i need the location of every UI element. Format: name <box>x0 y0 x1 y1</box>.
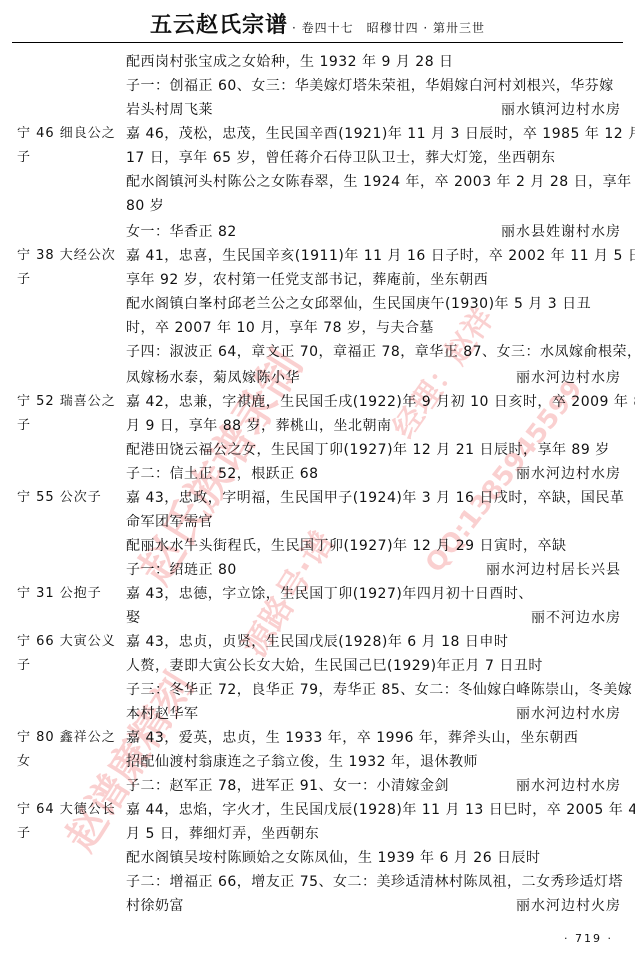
genealogy-line: 时，卒 2007 年 10 月，享年 78 岁，与夫合墓 <box>0 316 635 340</box>
genealogy-line: 岩头村周飞莱 丽水镇河边村水房 <box>0 98 635 122</box>
genealogy-line: 村徐奶富 丽水河边村火房 <box>0 894 635 918</box>
entry-text: 嘉 43，忠德，字立馀，生民国丁卯(1927)年四月初十日酉时、 <box>126 582 533 606</box>
genealogy-line: 子 月 9 日，享年 88 岁，葬桃山，坐北朝南 <box>0 414 635 438</box>
entry-text: 月 9 日，享年 88 岁，葬桃山，坐北朝南 <box>126 414 392 438</box>
residence-text: 丽水镇河边村水房 <box>501 98 621 122</box>
residence-text: 丽水河边村火房 <box>516 894 621 918</box>
entry-text: 娶 <box>126 606 141 630</box>
genealogy-line: 宁 52 瑞喜公之 嘉 42，忠兼，字祺鹿，生民国壬戌(1922)年 9 月初 … <box>0 390 635 414</box>
genealogy-line: 子四：淑波正 64，章文正 70，章福正 78，章华正 87、女三：水凤嫁俞根荣… <box>0 340 635 364</box>
entry-text: 配水阁镇吴垵村陈顾姶之女陈凤仙，生 1939 年 6 月 26 日辰时 <box>126 846 541 870</box>
genealogy-line: 本村赵华军 丽水河边村水房 <box>0 702 635 726</box>
genealogy-line: 宁 46 细良公之 嘉 46，茂松，忠茂，生民国辛酉(1921)年 11 月 3… <box>0 122 635 146</box>
genealogy-line: 娶 丽不河边水房 <box>0 606 635 630</box>
entry-text: 子一：创福正 60、女三：华美嫁灯塔朱荣祖，华娟嫁白河村刘根兴，华芬嫁 <box>126 74 614 98</box>
entry-text: 子二：赵军正 78，进军正 91、女一：小清嫁金剑 <box>126 774 449 798</box>
entry-text: 子三：冬华正 72，良华正 79，寿华正 85、女二：冬仙嫁白峰陈崇山，冬美嫁 <box>126 678 632 702</box>
entry-text: 配水阁镇河头村陈公之女陈春翠，生 1924 年，卒 2003 年 2 月 28 … <box>126 170 632 194</box>
lineage-label: 女 <box>17 750 123 774</box>
lineage-label: 子 <box>17 414 123 438</box>
genealogy-line: 子三：冬华正 72，良华正 79，寿华正 85、女二：冬仙嫁白峰陈崇山，冬美嫁 <box>0 678 635 702</box>
genealogy-line: 子 享年 92 岁，农村第一任党支部书记，葬庵前，坐东朝西 <box>0 268 635 292</box>
genealogy-line: 配丽水水牛头街程氏，生民国丁卯(1927)年 12 月 29 日寅时，卒缺 <box>0 534 635 558</box>
entry-text: 嘉 44，忠焰，字火才，生民国戊辰(1928)年 11 月 13 日巳时，卒 2… <box>126 798 635 822</box>
genealogy-line: 子 月 5 日，葬细灯弄，坐西朝东 <box>0 822 635 846</box>
entry-text: 月 5 日，葬细灯弄，坐西朝东 <box>126 822 319 846</box>
lineage-label: 子 <box>17 268 123 292</box>
lineage-label: 子 <box>17 654 123 678</box>
residence-text: 丽水河边村水房 <box>516 462 621 486</box>
genealogy-line: 宁 80 鑫祥公之 嘉 43，爱英，忠贞，生 1933 年，卒 1996 年，葬… <box>0 726 635 750</box>
entry-text: 嘉 46，茂松，忠茂，生民国辛酉(1921)年 11 月 3 日辰时，卒 198… <box>126 122 635 146</box>
entry-text: 嘉 43，忠政，字明福，生民国甲子(1924)年 3 月 16 日戌时，卒缺，国… <box>126 486 624 510</box>
book-title: 五云赵氏宗谱 <box>150 12 288 38</box>
genealogy-line: 女一：华香正 82 丽水县姓谢村水房 <box>0 220 635 244</box>
entry-text: 80 岁 <box>126 194 164 218</box>
entry-text: 时，卒 2007 年 10 月，享年 78 岁，与夫合墓 <box>126 316 434 340</box>
genealogy-line: 配港田饶云福公之女，生民国丁卯(1927)年 12 月 21 日辰时，享年 89… <box>0 438 635 462</box>
entry-text: 本村赵华军 <box>126 702 199 726</box>
genealogy-line: 80 岁 <box>0 194 635 218</box>
residence-text: 丽水县姓谢村水房 <box>501 220 621 244</box>
genealogy-line: 宁 66 大寅公义 嘉 43，忠贞，贞贤，生民国戊辰(1928)年 6 月 18… <box>0 630 635 654</box>
lineage-label: 宁 66 大寅公义 <box>17 630 123 654</box>
lineage-label: 宁 46 细良公之 <box>17 122 123 146</box>
genealogy-line: 子二：信土正 52，根跃正 68 丽水河边村水房 <box>0 462 635 486</box>
lineage-label: 宁 52 瑞喜公之 <box>17 390 123 414</box>
page-number: · 719 · <box>564 932 613 945</box>
lineage-label: 子 <box>17 146 123 170</box>
page-header: 五云赵氏宗谱· 卷四十七 昭穆廿四 · 第卅三世 <box>0 8 635 40</box>
residence-text: 丽不河边水房 <box>531 606 621 630</box>
entry-text: 岩头村周飞莱 <box>126 98 213 122</box>
entry-text: 村徐奶富 <box>126 894 184 918</box>
genealogy-line: 宁 64 大德公长 嘉 44，忠焰，字火才，生民国戊辰(1928)年 11 月 … <box>0 798 635 822</box>
lineage-label: 宁 38 大经公次 <box>17 244 123 268</box>
volume-subtitle: · 卷四十七 昭穆廿四 · 第卅三世 <box>292 21 485 35</box>
genealogy-line: 子二：赵军正 78，进军正 91、女一：小清嫁金剑 丽水河边村水房 <box>0 774 635 798</box>
genealogy-line: 配西岗村张宝成之女姶种，生 1932 年 9 月 28 日 <box>0 50 635 74</box>
entry-text: 嘉 43，爱英，忠贞，生 1933 年，卒 1996 年，葬斧头山，坐东朝西 <box>126 726 578 750</box>
entry-text: 子二：增福正 66，增友正 75、女二：美珍适清林村陈凤祖，二女秀珍适灯塔 <box>126 870 623 894</box>
lineage-label: 宁 64 大德公长 <box>17 798 123 822</box>
lineage-label: 子 <box>17 822 123 846</box>
header-rule <box>12 42 623 43</box>
genealogy-line: 子二：增福正 66，增友正 75、女二：美珍适清林村陈凤祖，二女秀珍适灯塔 <box>0 870 635 894</box>
residence-text: 丽水河边村水房 <box>516 774 621 798</box>
genealogy-line: 子 人赘，妻即大寅公长女大姶，生民国己巳(1929)年正月 7 日丑时 <box>0 654 635 678</box>
genealogy-line: 子一：创福正 60、女三：华美嫁灯塔朱荣祖，华娟嫁白河村刘根兴，华芬嫁 <box>0 74 635 98</box>
entry-text: 子一：绍琏正 80 <box>126 558 237 582</box>
entry-text: 配水阁镇白峯村邱老兰公之女邱翠仙，生民国庚午(1930)年 5 月 3 日丑 <box>126 292 591 316</box>
lineage-label: 宁 80 鑫祥公之 <box>17 726 123 750</box>
genealogy-line: 宁 38 大经公次 嘉 41，忠喜，生民国辛亥(1911)年 11 月 16 日… <box>0 244 635 268</box>
lineage-label: 宁 55 公次子 <box>17 486 123 510</box>
entry-text: 嘉 42，忠兼，字祺鹿，生民国壬戌(1922)年 9 月初 10 日亥时，卒 2… <box>126 390 635 414</box>
lineage-label: 宁 31 公抱子 <box>17 582 123 606</box>
genealogy-line: 配水阁镇白峯村邱老兰公之女邱翠仙，生民国庚午(1930)年 5 月 3 日丑 <box>0 292 635 316</box>
residence-text: 丽水河边村居长兴县 <box>486 558 621 582</box>
entry-text: 命军团军需官 <box>126 510 213 534</box>
genealogy-line: 宁 31 公抱子 嘉 43，忠德，字立馀，生民国丁卯(1927)年四月初十日酉时… <box>0 582 635 606</box>
entry-text: 凤嫁杨水泰，菊凤嫁陈小华 <box>126 366 300 390</box>
entry-text: 享年 92 岁，农村第一任党支部书记，葬庵前，坐东朝西 <box>126 268 488 292</box>
entry-text: 嘉 41，忠喜，生民国辛亥(1911)年 11 月 16 日子时，卒 2002 … <box>126 244 635 268</box>
genealogy-line: 子 17 日，享年 65 岁，曾任蒋介石侍卫队卫士，葬大灯笼，坐西朝东 <box>0 146 635 170</box>
genealogy-line: 命军团军需官 <box>0 510 635 534</box>
residence-text: 丽水河边村水房 <box>516 702 621 726</box>
entry-text: 配丽水水牛头街程氏，生民国丁卯(1927)年 12 月 29 日寅时，卒缺 <box>126 534 566 558</box>
genealogy-line: 女 招配仙渡村翁康连之子翁立俊，生 1932 年，退休教师 <box>0 750 635 774</box>
genealogy-line: 配水阁镇吴垵村陈顾姶之女陈凤仙，生 1939 年 6 月 26 日辰时 <box>0 846 635 870</box>
entry-text: 配港田饶云福公之女，生民国丁卯(1927)年 12 月 21 日辰时，享年 89… <box>126 438 610 462</box>
entry-text: 子二：信土正 52，根跃正 68 <box>126 462 319 486</box>
entry-text: 人赘，妻即大寅公长女大姶，生民国己巳(1929)年正月 7 日丑时 <box>126 654 543 678</box>
entry-text: 17 日，享年 65 岁，曾任蒋介石侍卫队卫士，葬大灯笼，坐西朝东 <box>126 146 555 170</box>
entry-text: 女一：华香正 82 <box>126 220 237 244</box>
genealogy-line: 凤嫁杨水泰，菊凤嫁陈小华 丽水河边村水房 <box>0 366 635 390</box>
entry-text: 嘉 43，忠贞，贞贤，生民国戊辰(1928)年 6 月 18 日申时 <box>126 630 508 654</box>
genealogy-line: 子一：绍琏正 80 丽水河边村居长兴县 <box>0 558 635 582</box>
entry-text: 招配仙渡村翁康连之子翁立俊，生 1932 年，退休教师 <box>126 750 478 774</box>
genealogy-line: 配水阁镇河头村陈公之女陈春翠，生 1924 年，卒 2003 年 2 月 28 … <box>0 170 635 194</box>
residence-text: 丽水河边村水房 <box>516 366 621 390</box>
entry-text: 子四：淑波正 64，章文正 70，章福正 78，章华正 87、女三：水凤嫁俞根荣… <box>126 340 635 364</box>
genealogy-line: 宁 55 公次子 嘉 43，忠政，字明福，生民国甲子(1924)年 3 月 16… <box>0 486 635 510</box>
entry-text: 配西岗村张宝成之女姶种，生 1932 年 9 月 28 日 <box>126 50 454 74</box>
